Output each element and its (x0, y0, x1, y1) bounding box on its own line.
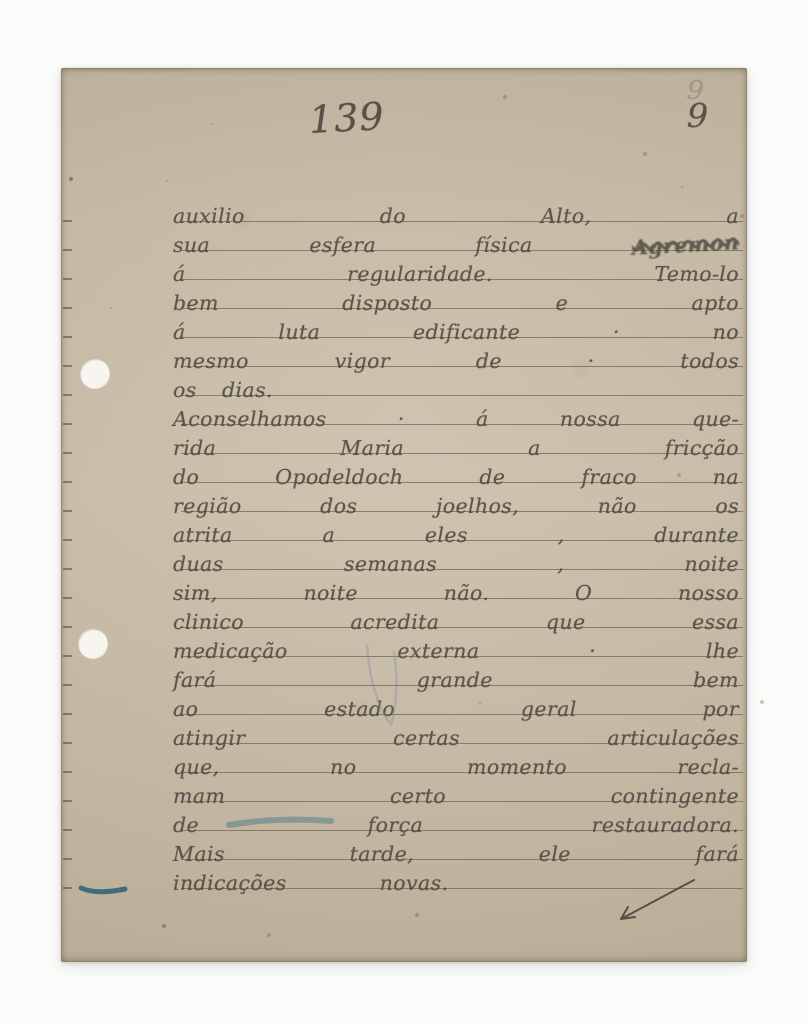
manuscript-text-block: auxilio do Alto, asua esfera física Agre… (61, 193, 745, 889)
manuscript-page: 9 139 9 auxilio do Alto, asua esfera fís… (61, 68, 747, 962)
manuscript-line: á luta edificante · no (61, 309, 745, 338)
manuscript-line: duas semanas , noite (61, 541, 745, 570)
page-number-right: 9 (686, 96, 709, 136)
manuscript-line: mam certo contingente (61, 773, 745, 802)
manuscript-line: fará grande bem (61, 657, 745, 686)
manuscript-line: indicações novas. (61, 860, 745, 889)
manuscript-line: Mais tarde, ele fará (61, 831, 745, 860)
manuscript-line: auxilio do Alto, a (61, 193, 745, 222)
manuscript-line: ao estado geral por (61, 686, 745, 715)
manuscript-line: medicação externa · lhe (61, 628, 745, 657)
manuscript-line: região dos joelhos, não os (61, 483, 745, 512)
rule-left-tick (63, 887, 72, 889)
manuscript-line: atingir certas articulações (61, 715, 745, 744)
manuscript-line: rida Maria a fricção (61, 425, 745, 454)
manuscript-line: clinico acredita que essa (61, 599, 745, 628)
manuscript-line: mesmo vigor de · todos (61, 338, 745, 367)
scan-background: { "header": { "ghost_number": "9", "cent… (0, 0, 808, 1024)
manuscript-line: atrita a eles , durante (61, 512, 745, 541)
manuscript-line: á regularidade. Temo-lo (61, 251, 745, 280)
manuscript-line: sim, noite não. O nosso (61, 570, 745, 599)
manuscript-line: do Opodeldoch de fraco na (61, 454, 745, 483)
page-number-center: 139 (308, 94, 386, 142)
manuscript-line: que, no momento recla- (61, 744, 745, 773)
manuscript-line: sua esfera física Agremon (61, 222, 745, 251)
manuscript-line: os dias. (61, 367, 745, 396)
handwritten-text: indicações novas. (173, 872, 739, 896)
manuscript-line: de força restauradora. (61, 802, 745, 831)
manuscript-line: bem disposto e apto (61, 280, 745, 309)
manuscript-line: Aconselhamos · á nossa que- (61, 396, 745, 425)
paper-stains (61, 68, 63, 70)
